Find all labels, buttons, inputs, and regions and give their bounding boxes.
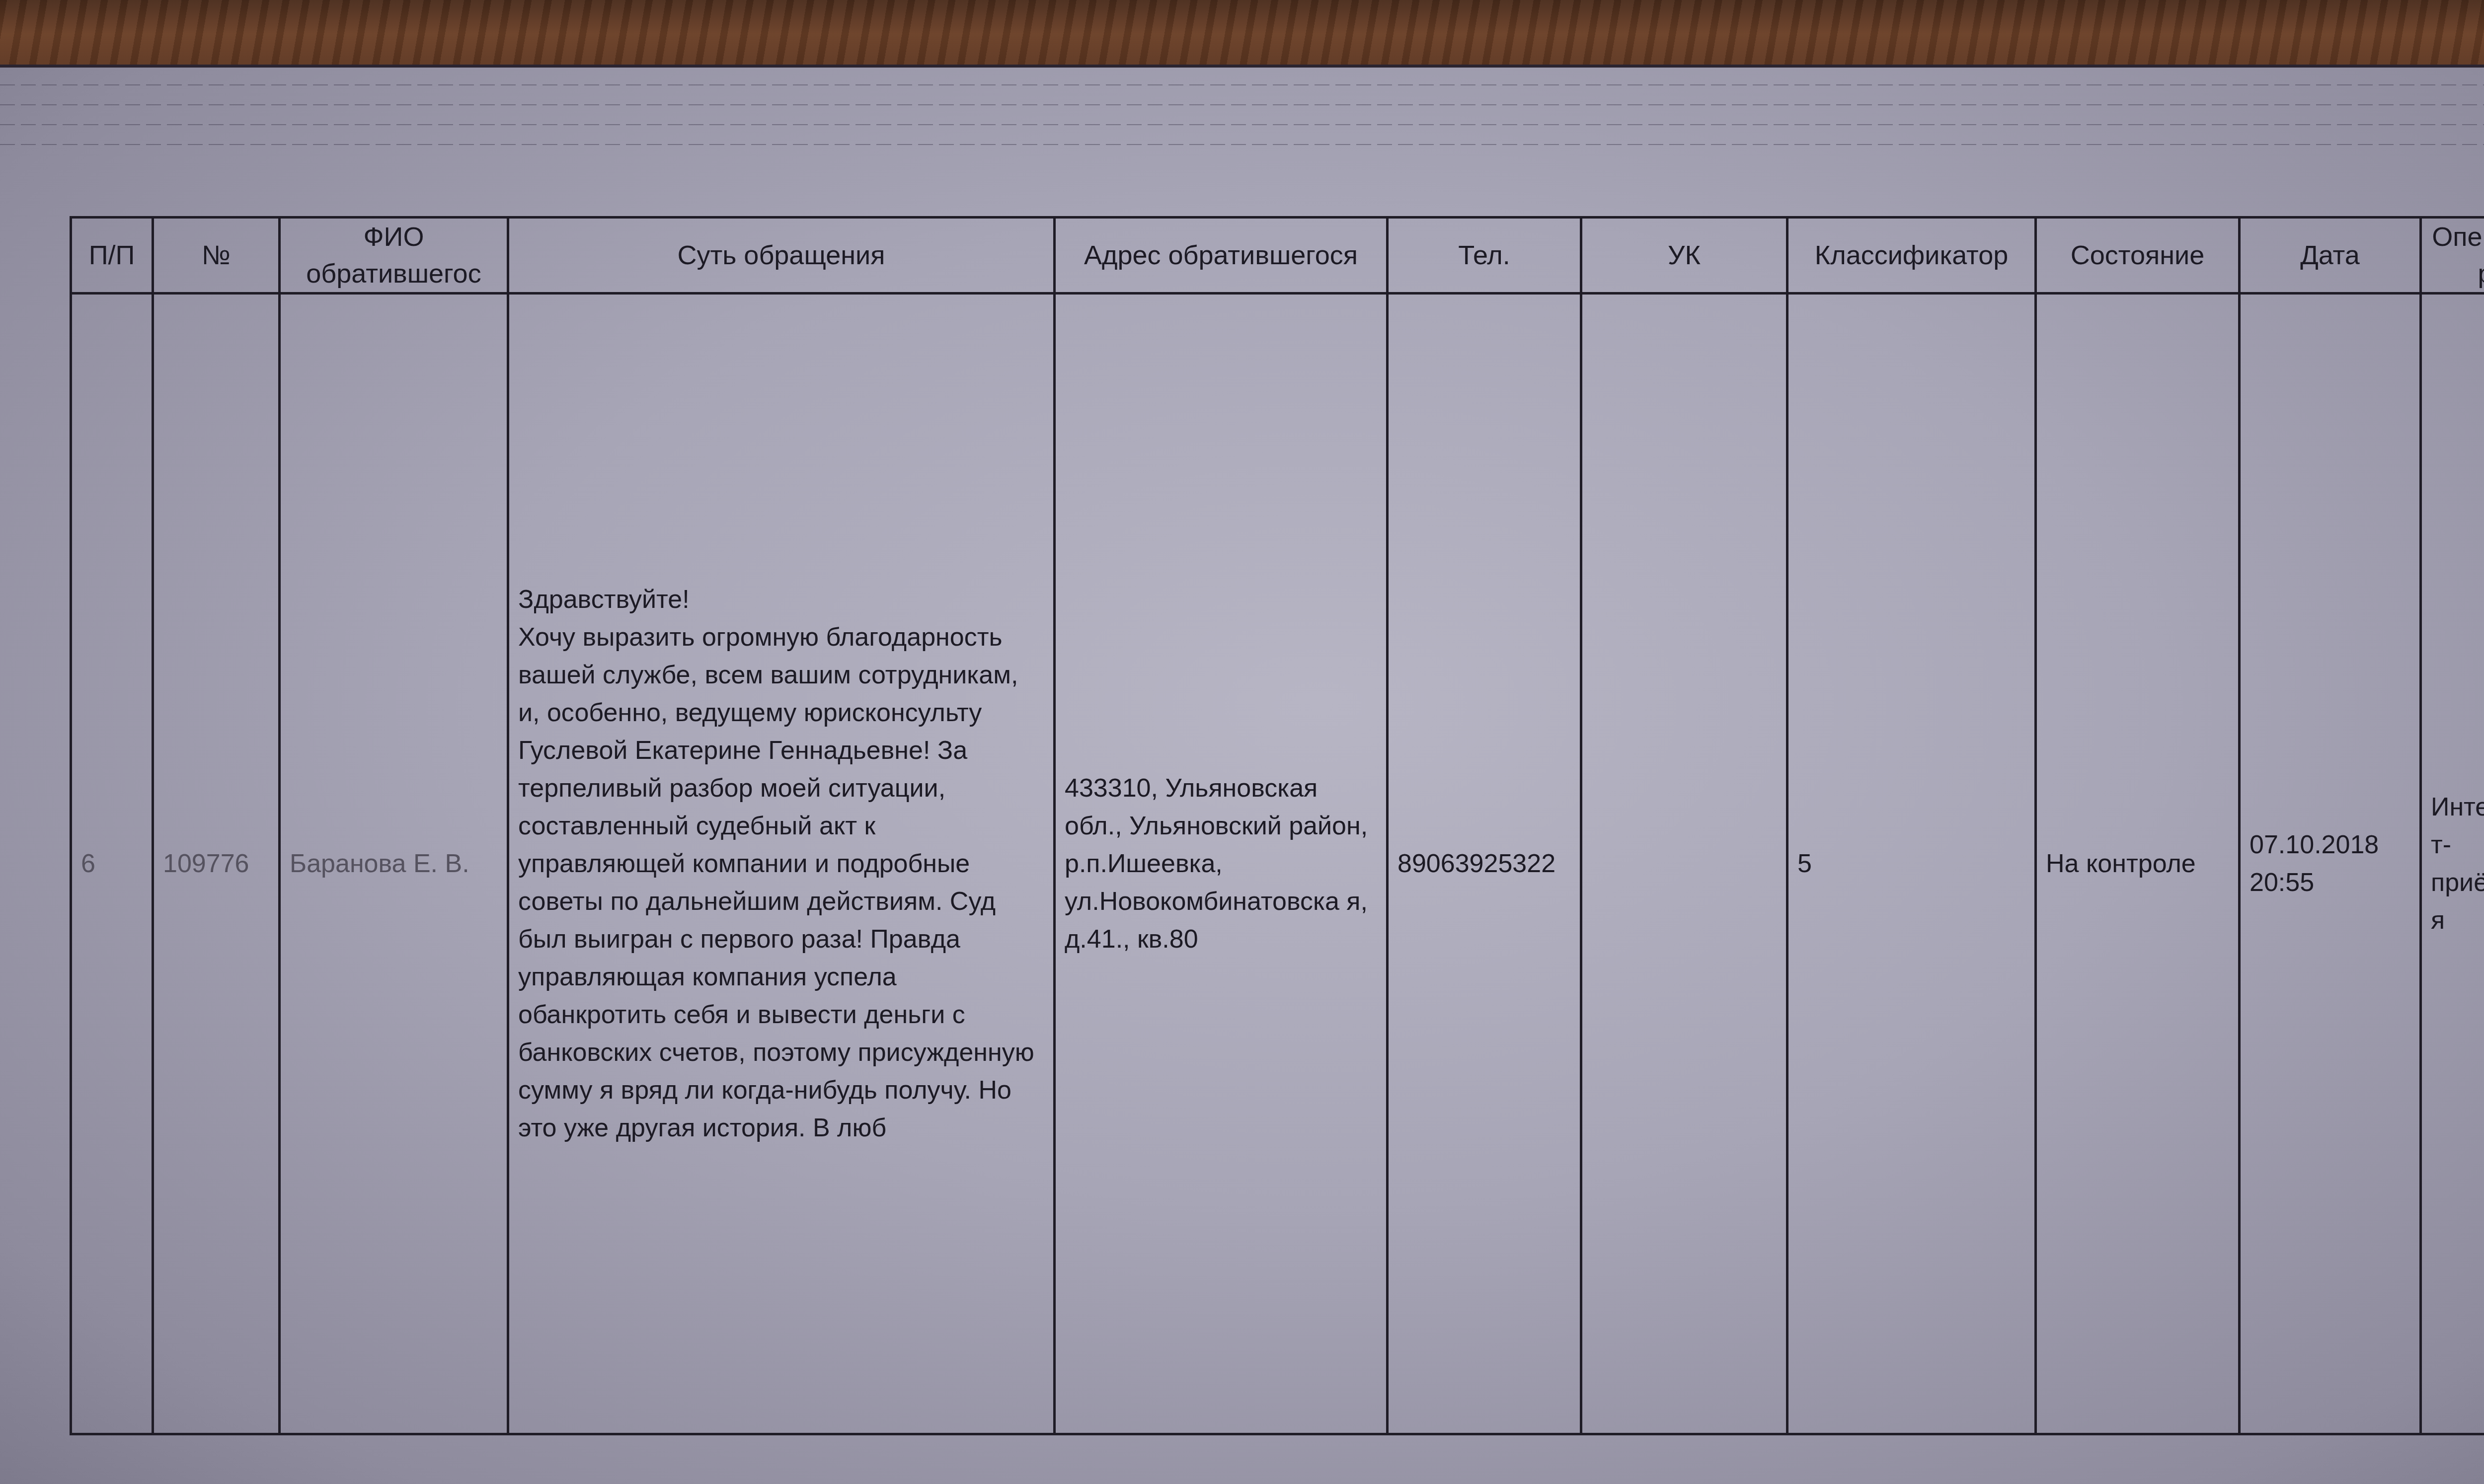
cell-number: 109776 [153, 294, 280, 1434]
header-row: П/П № ФИО обратившегос Суть обращения Ад… [71, 218, 2484, 294]
cell-request: Здравствуйте! Хочу выразить огромную бла… [508, 294, 1055, 1434]
table-row: 6 109776 Баранова Е. В. Здравствуйте! Хо… [71, 294, 2484, 1434]
column-header-classifier: Классификатор [1787, 218, 2036, 294]
cell-classifier: 5 [1787, 294, 2036, 1434]
column-header-uk: УК [1581, 218, 1787, 294]
cell-date: 07.10.2018 20:55 [2240, 294, 2421, 1434]
column-header-phone: Тел. [1388, 218, 1581, 294]
column-header-request: Суть обращения [508, 218, 1055, 294]
column-header-address: Адрес обратившегося [1055, 218, 1388, 294]
appeals-table: П/П № ФИО обратившегос Суть обращения Ад… [70, 216, 2484, 1435]
cell-phone: 89063925322 [1388, 294, 1581, 1434]
cell-status: На контроле [2036, 294, 2240, 1434]
cell-uk [1581, 294, 1787, 1434]
column-header-operator: Операто р [2421, 218, 2484, 294]
column-header-fio: ФИО обратившегос [280, 218, 508, 294]
column-header-date: Дата [2240, 218, 2421, 294]
column-header-pp: П/П [71, 218, 153, 294]
column-header-status: Состояние [2036, 218, 2240, 294]
column-header-number: № [153, 218, 280, 294]
cell-fio: Баранова Е. В. [280, 294, 508, 1434]
wooden-desk-background [0, 0, 2484, 74]
show-through-lines [0, 84, 2484, 184]
cell-pp: 6 [71, 294, 153, 1434]
cell-operator: Интерне т-приёмна я [2421, 294, 2484, 1434]
cell-address: 433310, Ульяновская обл., Ульяновский ра… [1055, 294, 1388, 1434]
